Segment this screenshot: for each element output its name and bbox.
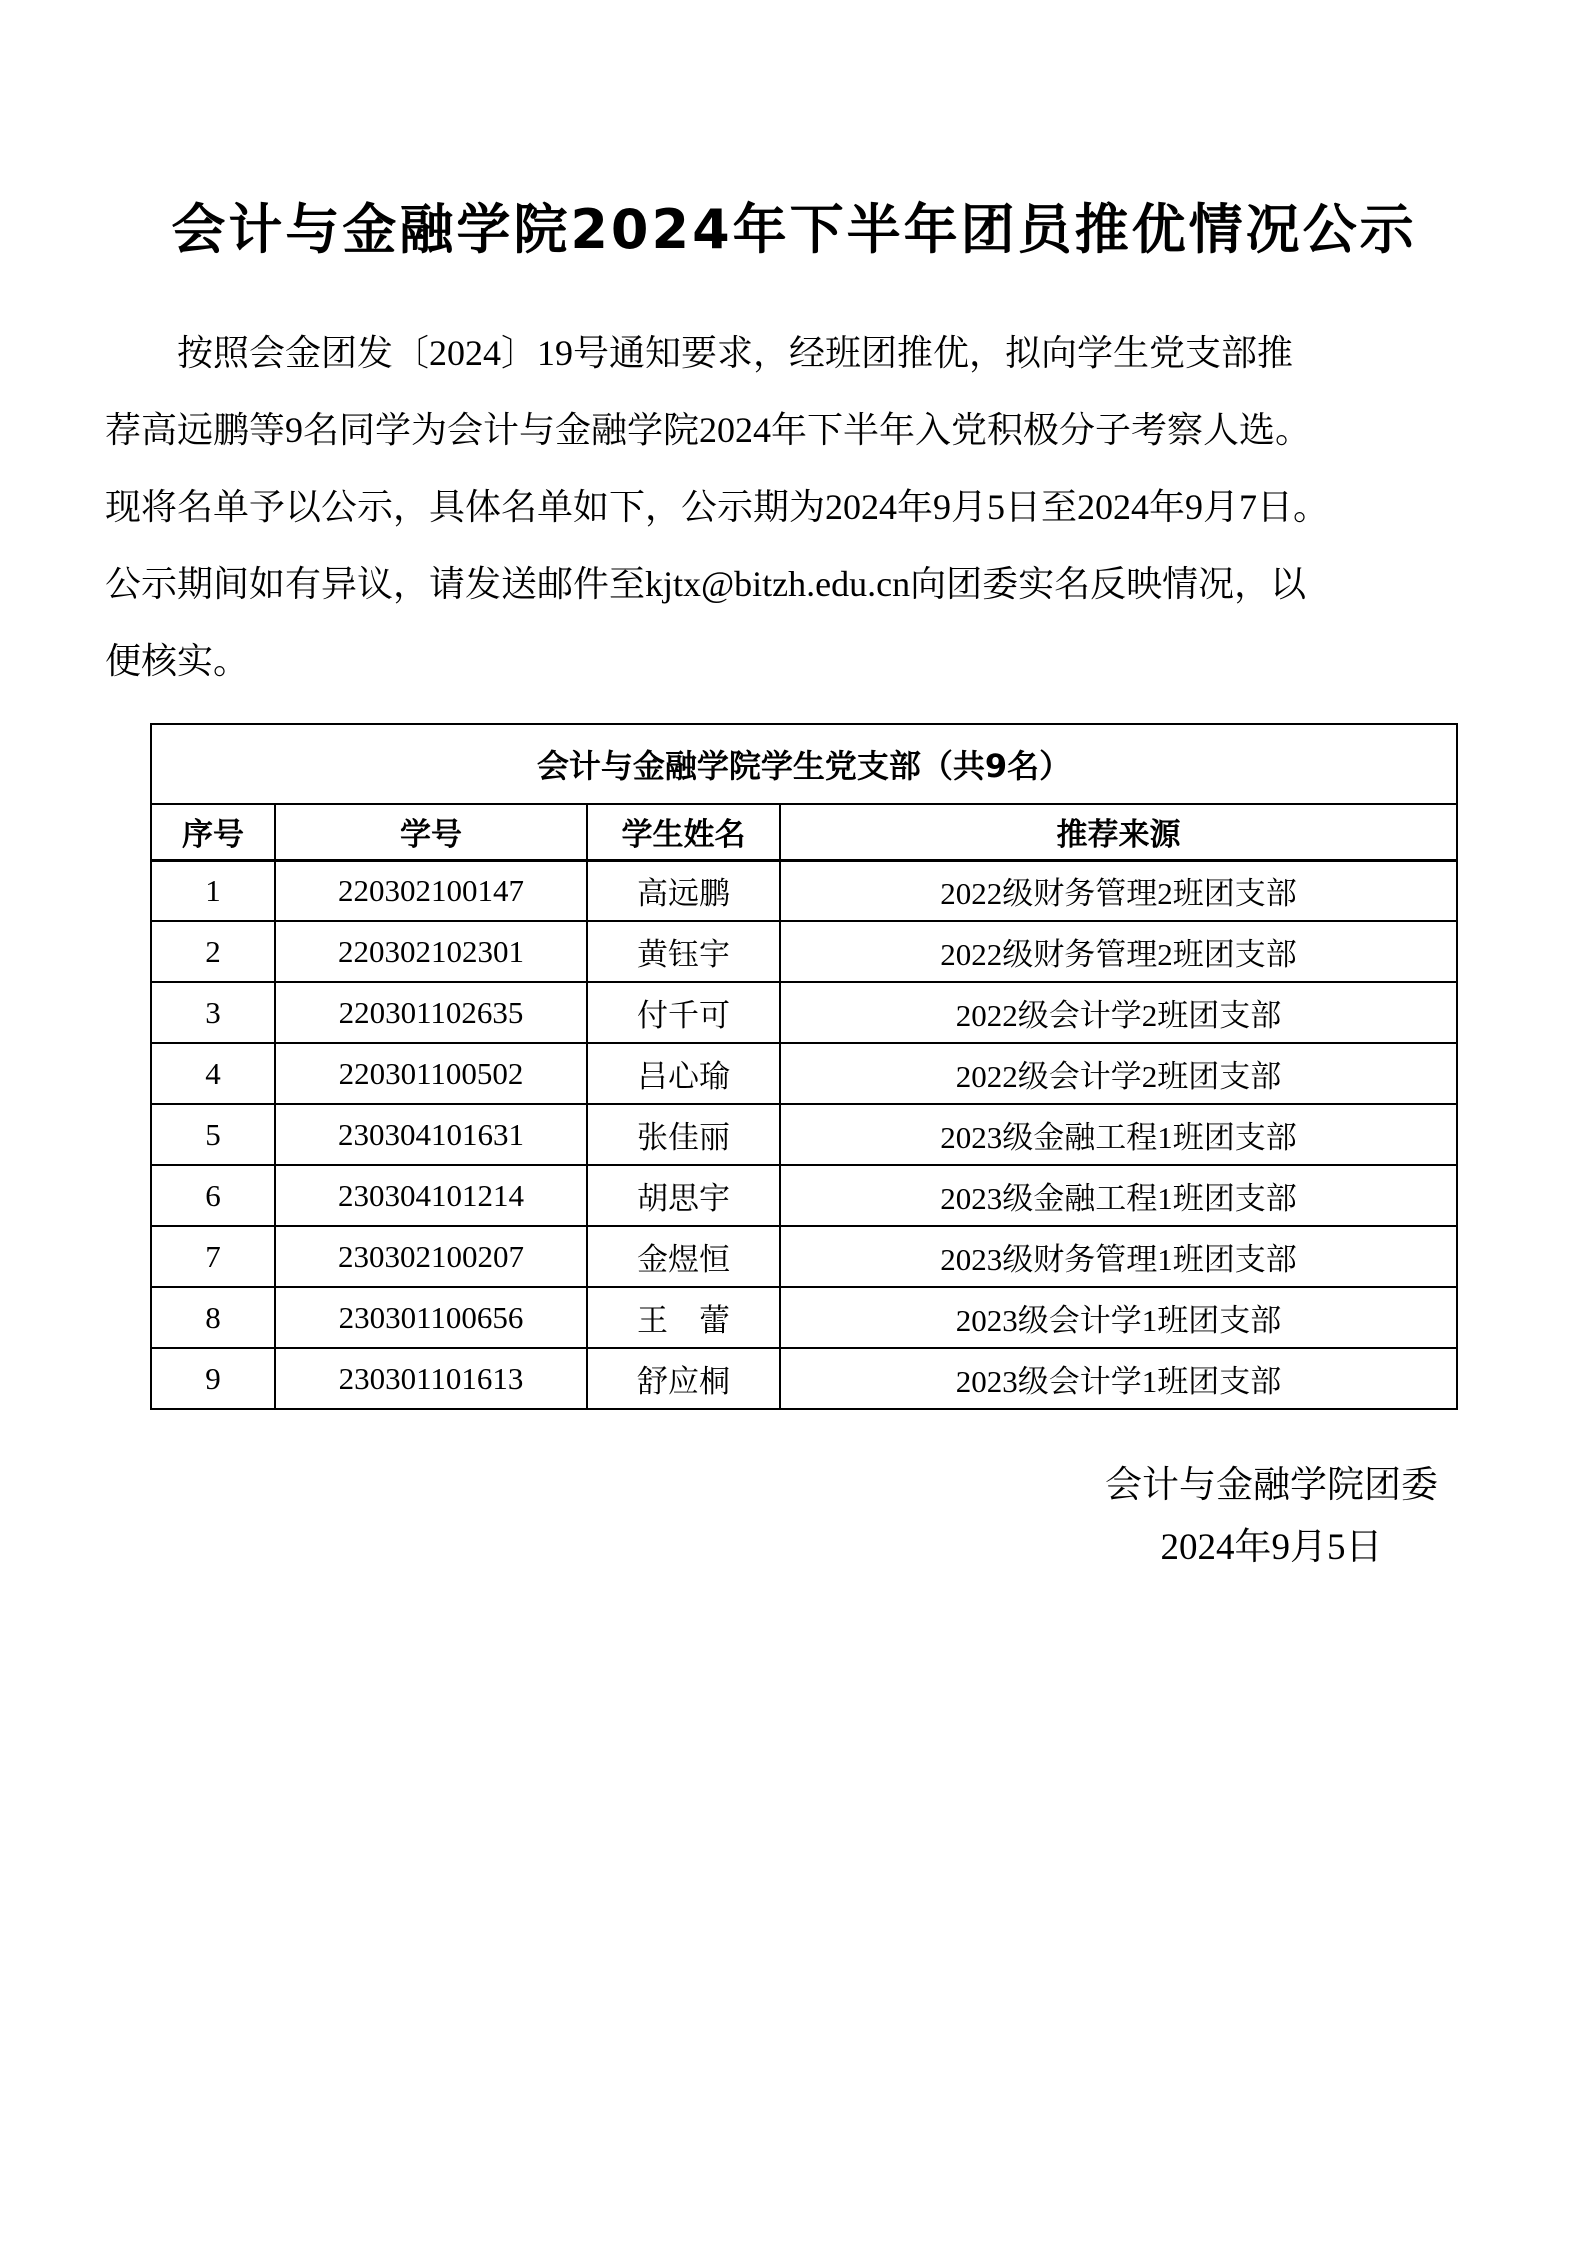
cell-student-name: 张佳丽 (587, 1104, 780, 1165)
cell-source: 2023级金融工程1班团支部 (780, 1165, 1457, 1226)
column-header-source: 推荐来源 (780, 804, 1457, 860)
column-header-student-id: 学号 (275, 804, 587, 860)
column-header-student-name: 学生姓名 (587, 804, 780, 860)
column-header-index: 序号 (151, 804, 275, 860)
table-row: 2 220302102301 黄钰宇 2022级财务管理2班团支部 (151, 921, 1457, 982)
cell-student-id: 230301101613 (275, 1348, 587, 1409)
signature-org: 会计与金融学院团委 (1105, 1455, 1438, 1517)
table-caption: 会计与金融学院学生党支部（共9名） (151, 724, 1457, 804)
cell-student-id: 230304101631 (275, 1104, 587, 1165)
paragraph-line: 公示期间如有异议，请发送邮件至kjtx@bitzh.edu.cn向团委实名反映情… (105, 546, 1453, 623)
paragraph-line: 荐高远鹏等9名同学为会计与金融学院2024年下半年入党积极分子考察人选。 (105, 392, 1453, 469)
paragraph-line: 按照会金团发〔2024〕19号通知要求，经班团推优，拟向学生党支部推 (105, 315, 1453, 392)
cell-student-id: 230301100656 (275, 1287, 587, 1348)
cell-source: 2022级财务管理2班团支部 (780, 921, 1457, 982)
cell-student-name: 舒应桐 (587, 1348, 780, 1409)
cell-source: 2023级金融工程1班团支部 (780, 1104, 1457, 1165)
cell-student-id: 220302102301 (275, 921, 587, 982)
cell-index: 5 (151, 1104, 275, 1165)
cell-index: 4 (151, 1043, 275, 1104)
table-row: 5 230304101631 张佳丽 2023级金融工程1班团支部 (151, 1104, 1457, 1165)
cell-student-id: 220302100147 (275, 860, 587, 921)
cell-source: 2022级会计学2班团支部 (780, 1043, 1457, 1104)
table-row: 1 220302100147 高远鹏 2022级财务管理2班团支部 (151, 860, 1457, 921)
cell-index: 9 (151, 1348, 275, 1409)
cell-student-id: 230302100207 (275, 1226, 587, 1287)
cell-student-name: 高远鹏 (587, 860, 780, 921)
signature-block: 会计与金融学院团委 2024年9月5日 (1105, 1455, 1438, 1579)
cell-index: 3 (151, 982, 275, 1043)
document-title: 会计与金融学院2024年下半年团员推优情况公示 (0, 198, 1588, 262)
cell-index: 2 (151, 921, 275, 982)
cell-source: 2023级会计学1班团支部 (780, 1348, 1457, 1409)
cell-student-name: 付千可 (587, 982, 780, 1043)
cell-source: 2023级会计学1班团支部 (780, 1287, 1457, 1348)
table-header-row: 序号 学号 学生姓名 推荐来源 (151, 804, 1457, 860)
table-row: 8 230301100656 王 蕾 2023级会计学1班团支部 (151, 1287, 1457, 1348)
recommendation-table: 会计与金融学院学生党支部（共9名） 序号 学号 学生姓名 推荐来源 1 2203… (150, 723, 1458, 1410)
cell-student-name: 王 蕾 (587, 1287, 780, 1348)
cell-student-id: 230304101214 (275, 1165, 587, 1226)
table-row: 9 230301101613 舒应桐 2023级会计学1班团支部 (151, 1348, 1457, 1409)
table-caption-row: 会计与金融学院学生党支部（共9名） (151, 724, 1457, 804)
cell-student-id: 220301100502 (275, 1043, 587, 1104)
cell-student-name: 胡思宇 (587, 1165, 780, 1226)
cell-source: 2022级财务管理2班团支部 (780, 860, 1457, 921)
paragraph-line: 便核实。 (105, 623, 1453, 700)
paragraph-line: 现将名单予以公示，具体名单如下，公示期为2024年9月5日至2024年9月7日。 (105, 469, 1453, 546)
cell-index: 8 (151, 1287, 275, 1348)
body-paragraph: 按照会金团发〔2024〕19号通知要求，经班团推优，拟向学生党支部推 荐高远鹏等… (105, 315, 1453, 700)
table-row: 6 230304101214 胡思宇 2023级金融工程1班团支部 (151, 1165, 1457, 1226)
cell-source: 2023级财务管理1班团支部 (780, 1226, 1457, 1287)
cell-student-id: 220301102635 (275, 982, 587, 1043)
table-row: 3 220301102635 付千可 2022级会计学2班团支部 (151, 982, 1457, 1043)
cell-student-name: 吕心瑜 (587, 1043, 780, 1104)
cell-student-name: 黄钰宇 (587, 921, 780, 982)
cell-student-name: 金煜恒 (587, 1226, 780, 1287)
table-row: 4 220301100502 吕心瑜 2022级会计学2班团支部 (151, 1043, 1457, 1104)
cell-index: 7 (151, 1226, 275, 1287)
cell-index: 1 (151, 860, 275, 921)
signature-date: 2024年9月5日 (1105, 1517, 1438, 1579)
document-page: 会计与金融学院2024年下半年团员推优情况公示 按照会金团发〔2024〕19号通… (0, 0, 1588, 2245)
cell-index: 6 (151, 1165, 275, 1226)
cell-source: 2022级会计学2班团支部 (780, 982, 1457, 1043)
table-row: 7 230302100207 金煜恒 2023级财务管理1班团支部 (151, 1226, 1457, 1287)
